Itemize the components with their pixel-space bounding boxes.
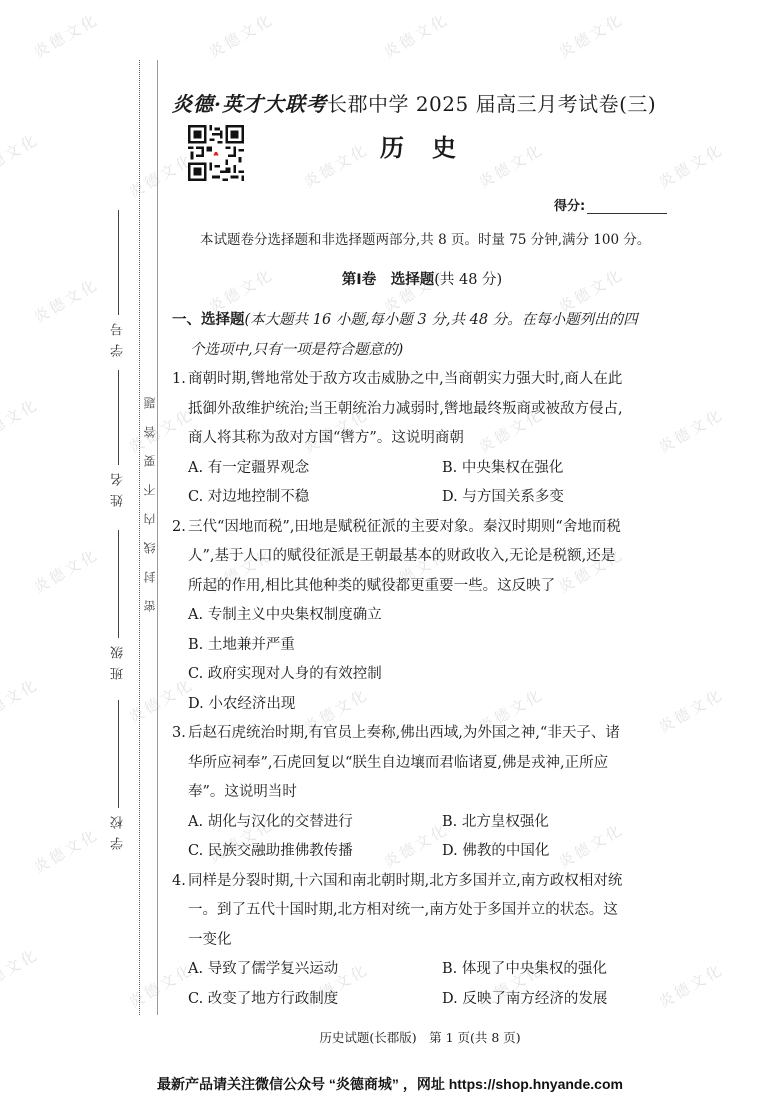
question-stem-line: 人”,基于人口的赋役征派是王朝最基本的财政收入,无论是税额,还是 — [172, 542, 672, 572]
option-c[interactable]: C. 改变了地方行政制度 — [188, 985, 442, 1015]
class-field[interactable]: 班级 — [105, 530, 131, 680]
question-number: 2. — [172, 513, 188, 543]
seal-notice: 密封线内不要答题 — [141, 380, 157, 612]
option-d[interactable]: D. 小农经济出现 — [188, 690, 672, 720]
part-title-bold: 第Ⅰ卷 选择题 — [342, 272, 434, 288]
question-number: 4. — [172, 867, 188, 897]
question-options: A. 专制主义中央集权制度确立 B. 土地兼并严重 C. 政府实现对人身的有效控… — [172, 601, 672, 719]
question-stem-line: 抵御外敌维护统治;当王朝统治力减弱时,辔地最终叛商或被敌方侵占, — [172, 395, 672, 425]
question-options: A. 导致了儒学复兴运动 B. 体现了中央集权的强化 C. 改变了地方行政制度 … — [172, 955, 672, 1014]
name-field[interactable]: 姓名 — [105, 370, 131, 507]
watermark: 炎德文化 — [475, 138, 548, 192]
watermark: 炎德文化 — [30, 8, 103, 62]
question-1: 1.商朝时期,辔地常处于敌方攻击威胁之中,当商朝实力强大时,商人在此 抵御外敌维… — [172, 365, 672, 513]
option-c[interactable]: C. 对边地控制不稳 — [188, 483, 442, 513]
school-line — [118, 700, 119, 808]
student-id-line — [118, 210, 119, 315]
watermark: 炎德文化 — [205, 8, 278, 62]
section-heading-bold: 一、选择题 — [172, 312, 245, 328]
question-options: A. 胡化与汉化的交替进行 B. 北方皇权强化 C. 民族交融助推佛教传播 D.… — [172, 808, 672, 867]
option-d[interactable]: D. 反映了南方经济的发展 — [442, 985, 688, 1015]
question-stem: 1.商朝时期,辔地常处于敌方攻击威胁之中,当商朝实力强大时,商人在此 — [172, 365, 672, 395]
option-d[interactable]: D. 与方国关系多变 — [442, 483, 688, 513]
option-b[interactable]: B. 北方皇权强化 — [442, 808, 688, 838]
question-number: 1. — [172, 365, 188, 395]
name-label: 姓名 — [109, 465, 128, 507]
question-stem-line: 华所应祠奉”,石虎回复以“朕生自边壤而君临诸夏,佛是戎神,正所应 — [172, 749, 672, 779]
question-stem: 2.三代“因地而税”,田地是赋税征派的主要对象。秦汉时期则“舍地而税 — [172, 513, 672, 543]
class-line — [118, 530, 119, 638]
watermark: 炎德文化 — [30, 273, 103, 327]
question-stem-line: 所起的作用,相比其他种类的赋役都更重要一些。这反映了 — [172, 572, 672, 602]
question-stem-line: 奉”。这说明当时 — [172, 778, 672, 808]
option-b[interactable]: B. 土地兼并严重 — [188, 631, 672, 661]
watermark: 炎德文化 — [0, 943, 42, 997]
class-label: 班级 — [109, 638, 128, 680]
option-c[interactable]: C. 政府实现对人身的有效控制 — [188, 660, 672, 690]
watermark: 炎德文化 — [555, 8, 628, 62]
watermark: 炎德文化 — [300, 138, 373, 192]
watermark: 炎德文化 — [0, 673, 42, 727]
watermark: 炎德文化 — [30, 823, 103, 877]
option-b[interactable]: B. 中央集权在强化 — [442, 454, 688, 484]
seal-dotted-line — [139, 60, 140, 1015]
part-title: 第Ⅰ卷 选择题(共 48 分) — [172, 268, 672, 289]
qr-code-icon — [188, 125, 244, 181]
question-stem-line: 一变化 — [172, 926, 672, 956]
school-label: 学校 — [109, 808, 128, 850]
option-a[interactable]: A. 专制主义中央集权制度确立 — [188, 601, 672, 631]
part-title-points: (共 48 分) — [434, 272, 502, 288]
option-b[interactable]: B. 体现了中央集权的强化 — [442, 955, 688, 985]
watermark: 炎德文化 — [125, 148, 198, 202]
score-label: 得分: — [554, 195, 585, 214]
question-stem-line: 一。到了五代十国时期,北方相对统一,南方处于多国并立的状态。这 — [172, 896, 672, 926]
watermark: 炎德文化 — [380, 8, 453, 62]
watermark: 炎德文化 — [0, 393, 42, 447]
page-footer: 历史试题(长郡版) 第 1 页(共 8 页) — [0, 1028, 780, 1046]
question-3: 3.后赵石虎统治时期,有官员上奏称,佛出西域,为外国之神,“非天子、诸 华所应祠… — [172, 719, 672, 867]
question-stem-line: 商人将其称为敌对方国“辔方”。这说明商朝 — [172, 424, 672, 454]
score-field[interactable]: 得分: — [554, 195, 667, 214]
section-heading-rules: (本大题共 16 小题,每小题 3 分,共 48 分。在每小题列出的四 — [245, 312, 638, 328]
option-d[interactable]: D. 佛教的中国化 — [442, 837, 688, 867]
school-field[interactable]: 学校 — [105, 700, 131, 850]
exam-brand: 炎德·英才大联考 — [172, 92, 327, 116]
exam-title: 炎德·英才大联考长郡中学 2025 届高三月考试卷(三) — [172, 88, 672, 117]
name-line — [118, 370, 119, 465]
questions-area: 一、选择题(本大题共 16 小题,每小题 3 分,共 48 分。在每小题列出的四… — [172, 306, 672, 1014]
student-id-label: 学号 — [109, 315, 128, 357]
exam-title-text: 长郡中学 2025 届高三月考试卷(三) — [327, 92, 656, 116]
question-number: 3. — [172, 719, 188, 749]
question-options: A. 有一定疆界观念 B. 中央集权在强化 C. 对边地控制不稳 D. 与方国关… — [172, 454, 672, 513]
question-4: 4.同样是分裂时期,十六国和南北朝时期,北方多国并立,南方政权相对统 一。到了五… — [172, 867, 672, 1015]
section-heading-rules-cont: 个选项中,只有一项是符合题意的) — [172, 336, 672, 366]
section-heading: 一、选择题(本大题共 16 小题,每小题 3 分,共 48 分。在每小题列出的四… — [172, 306, 672, 365]
exam-instructions: 本试题卷分选择题和非选择题两部分,共 8 页。时量 75 分钟,满分 100 分… — [200, 228, 650, 248]
watermark: 炎德文化 — [0, 128, 42, 182]
option-a[interactable]: A. 有一定疆界观念 — [188, 454, 442, 484]
option-c[interactable]: C. 民族交融助推佛教传播 — [188, 837, 442, 867]
watermark: 炎德文化 — [30, 543, 103, 597]
option-a[interactable]: A. 胡化与汉化的交替进行 — [188, 808, 442, 838]
score-input-line[interactable] — [587, 200, 667, 214]
promo-banner[interactable]: 最新产品请关注微信公众号 “炎德商城” ，网址 https://shop.hny… — [0, 1074, 780, 1094]
option-a[interactable]: A. 导致了儒学复兴运动 — [188, 955, 442, 985]
question-stem: 3.后赵石虎统治时期,有官员上奏称,佛出西域,为外国之神,“非天子、诸 — [172, 719, 672, 749]
student-id-field[interactable]: 学号 — [105, 210, 131, 357]
question-2: 2.三代“因地而税”,田地是赋税征派的主要对象。秦汉时期则“舍地而税 人”,基于… — [172, 513, 672, 720]
watermark: 炎德文化 — [655, 138, 728, 192]
question-stem: 4.同样是分裂时期,十六国和南北朝时期,北方多国并立,南方政权相对统 — [172, 867, 672, 897]
subject-title: 历史 — [380, 128, 484, 163]
